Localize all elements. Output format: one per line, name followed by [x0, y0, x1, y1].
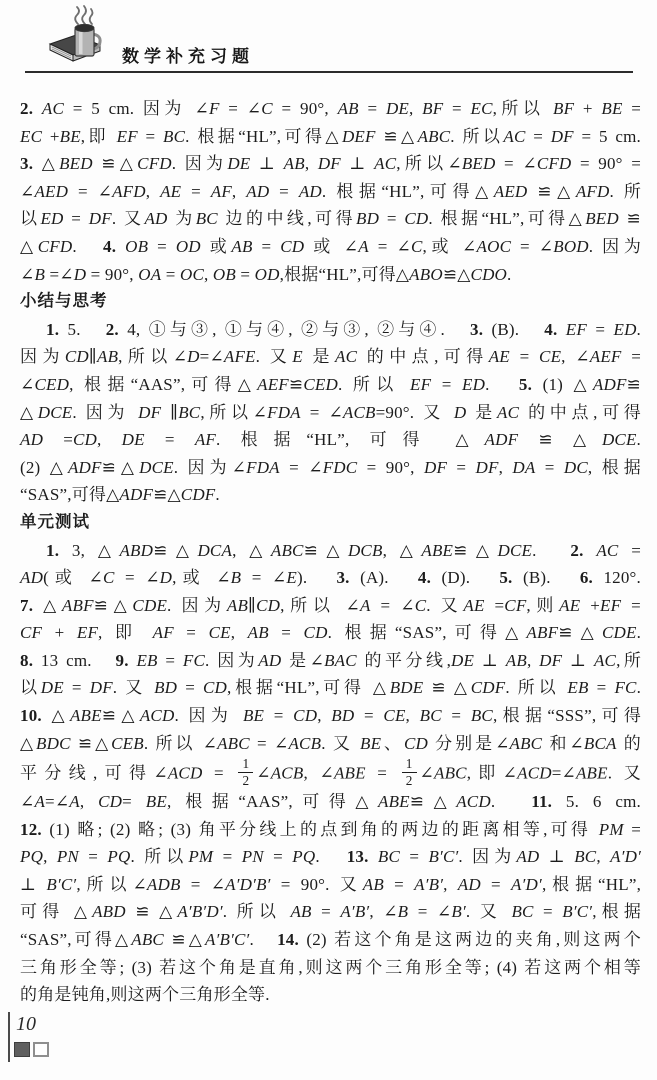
text-line: 平分线,可得∠ACD = 12∠ACB, ∠ABE = 12∠ABC,即∠ACD…: [20, 757, 641, 788]
text-line: 7. △ABF≌△CDE. 因为AB∥CD,所以 ∠A = ∠C. 又AE =C…: [20, 592, 641, 620]
books-and-coffee-icon: [46, 4, 108, 66]
fraction: 12: [402, 757, 417, 788]
text-line: ∠A=∠A, CD= BE, 根据“AAS”,可得△ABE≌△ACD. 11. …: [20, 788, 641, 816]
text-line: 因为CD∥AB,所以∠D=∠AFE. 又E 是AC 的中点,可得AE = CE,…: [20, 343, 641, 371]
text-line: AD(或 ∠C = ∠D,或 ∠B = ∠E). 3. (A). 4. (D).…: [20, 564, 641, 592]
text-line: ∠AED = ∠AFD, AE = AF, AD = AD. 根据“HL”,可得…: [20, 178, 641, 206]
footer-divider: [8, 1012, 10, 1062]
text-line: △BDC ≌△CEB. 所以 ∠ABC = ∠ACB. 又 BE、CD 分别是∠…: [20, 730, 641, 758]
text-line: △DCE. 因为 DF ∥BC,所以∠FDA = ∠ACB=90°. 又 D 是…: [20, 399, 641, 427]
text-line: 可得 △ABD ≌ △A′B′D′. 所以 AB = A′B′, ∠B = ∠B…: [20, 898, 641, 926]
page: 数学补充习题 2. AC = 5 cm. 因为 ∠F = ∠C = 90°, A…: [0, 0, 657, 1080]
text-line: 1. 3, △ABD≌△DCA, △ABC≌△DCB, △ABE≌△DCE. 2…: [20, 537, 641, 565]
text-line: 10. △ABE≌△ACD. 因为 BE = CD, BD = CE, BC =…: [20, 702, 641, 730]
text-line: ⊥ B′C′,所以∠ADB = ∠A′D′B′ = 90°. 又AB = A′B…: [20, 871, 641, 899]
document-body: 2. AC = 5 cm. 因为 ∠F = ∠C = 90°, AB = DE,…: [20, 95, 641, 1009]
filled-square-icon: [14, 1042, 30, 1057]
text-line: 2. AC = 5 cm. 因为 ∠F = ∠C = 90°, AB = DE,…: [20, 95, 641, 123]
text-line: “SAS”,可得△ADF≌△CDF.: [20, 481, 641, 509]
text-line: “SAS”,可得△ABC ≌△A′B′C′. 14. (2) 若这个角是这两边的…: [20, 926, 641, 954]
text-line: 12. (1) 略; (2) 略; (3) 角平分线上的点到角的两边的距离相等,…: [20, 816, 641, 844]
text-line: 8. 13 cm. 9. EB = FC. 因为AD 是∠BAC 的平分线,DE…: [20, 647, 641, 675]
section-heading: 单元测试: [20, 509, 641, 537]
text-line: CF + EF, 即 AF = CE, AB = CD. 根据“SAS”,可得△…: [20, 619, 641, 647]
text-line: 以DE = DF. 又 BD = CD,根据“HL”,可得 △BDE ≌ △CD…: [20, 674, 641, 702]
section-heading: 小结与思考: [20, 288, 641, 316]
text-line: △CFD. 4. OB = OD 或AB = CD 或 ∠A = ∠C,或 ∠A…: [20, 233, 641, 261]
text-line: 1. 5. 2. 4, ①与③, ①与④, ②与③, ②与④. 3. (B). …: [20, 316, 641, 344]
header-divider: [25, 71, 633, 73]
text-line: ∠B =∠D = 90°, OA = OC, OB = OD,根据“HL”,可得…: [20, 261, 641, 289]
page-number: 10: [16, 1013, 36, 1036]
text-line: 的角是钝角,则这两个三角形全等.: [20, 981, 641, 1009]
text-line: 3. △BED ≌△CFD. 因为DE ⊥ AB, DF ⊥ AC,所以∠BED…: [20, 150, 641, 178]
fraction: 12: [238, 757, 253, 788]
text-line: ∠CED, 根据“AAS”,可得△AEF≌CED. 所以 EF = ED. 5.…: [20, 371, 641, 399]
outline-square-icon: [33, 1042, 49, 1057]
page-title: 数学补充习题: [122, 42, 254, 67]
text-line: EC +BE,即 EF = BC. 根据“HL”,可得△DEF ≌△ABC. 所…: [20, 123, 641, 151]
text-line: (2) △ADF≌△DCE. 因为∠FDA = ∠FDC = 90°, DF =…: [20, 454, 641, 482]
text-line: PQ, PN = PQ. 所以PM = PN = PQ. 13. BC = B′…: [20, 843, 641, 871]
text-line: 三角形全等; (3) 若这个角是直角,则这两个三角形全等; (4) 若这两个相等: [20, 954, 641, 982]
text-line: AD =CD, DE = AF. 根据“HL”, 可得 △ADF ≌ △DCE.: [20, 426, 641, 454]
text-line: 以ED = DF. 又AD 为BC 边的中线,可得BD = CD. 根据“HL”…: [20, 205, 641, 233]
